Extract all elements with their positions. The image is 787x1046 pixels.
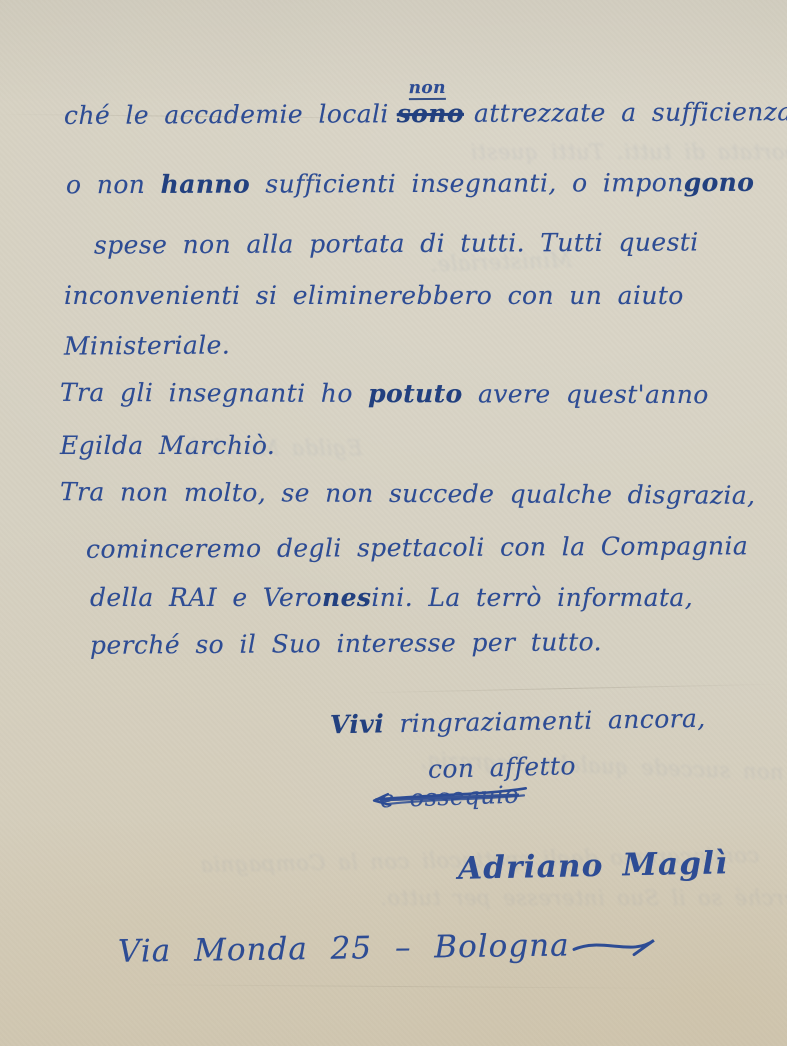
letter-line-1: ché le accademie localinonsonoattrezzate… <box>64 96 787 132</box>
letter-page: spese non alla portata di tutti. Tutti q… <box>0 0 787 1046</box>
overwritten-word: sono <box>397 99 464 128</box>
show-through-ghost-line: spese non alla portata di tutti. Tutti q… <box>470 140 787 164</box>
line1-before: ché le accademie locali <box>64 99 389 130</box>
address-line: Via Monda 25 – Bologna <box>118 924 658 972</box>
letter-line-9: cominceremo degli spettacoli con la Comp… <box>86 530 748 566</box>
closing-line: Vivi ringraziamenti ancora, <box>330 703 706 742</box>
letter-line-3: spese non alla portata di tutti. Tutti q… <box>94 226 699 262</box>
inline-correction: nonsono <box>397 98 464 131</box>
letter-line-6: Tra gli insegnanti ho potuto avere quest… <box>60 377 709 412</box>
letter-line-11: perché so il Suo interesse per tutto. <box>90 626 602 662</box>
crossed-out-word: e ossequio <box>379 780 519 816</box>
letter-line-2: o non hanno sufficienti insegnanti, o im… <box>66 167 754 202</box>
inserted-word: non <box>409 80 446 100</box>
letter-line-8: Tra non molto, se non succede qualche di… <box>60 476 756 512</box>
signature: Adriano Maglì <box>458 843 729 889</box>
paper-crease <box>360 684 780 694</box>
address-text: Via Monda 25 – Bologna <box>118 927 570 969</box>
paper-crease <box>120 984 680 989</box>
letter-line-7: Egilda Marchiò. <box>60 430 275 463</box>
show-through-ghost-line: perché so il Suo interesse per tutto. <box>380 886 787 910</box>
letter-line-10: della RAI e Veronesini. La terrò informa… <box>90 582 693 615</box>
letter-line-4: inconvenienti si eliminerebbero con un a… <box>64 280 684 313</box>
letter-line-5: Ministeriale. <box>64 329 230 363</box>
pen-flourish <box>571 934 657 961</box>
line1-after: attrezzate a sufficienza, <box>474 97 787 128</box>
